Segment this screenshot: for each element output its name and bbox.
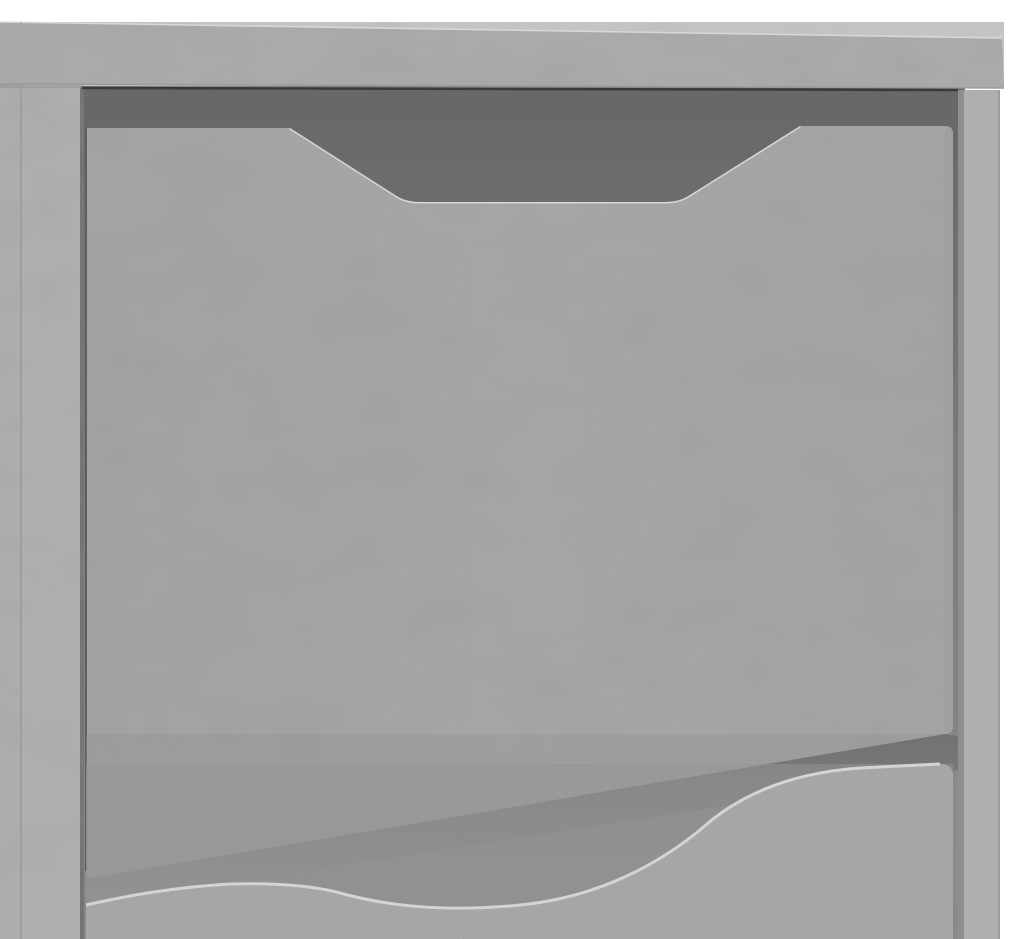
right-side-panel xyxy=(958,90,1000,939)
left-side-panel xyxy=(0,82,84,939)
furniture-photo: Close-up of a concrete-grey chest of dra… xyxy=(0,0,1020,939)
